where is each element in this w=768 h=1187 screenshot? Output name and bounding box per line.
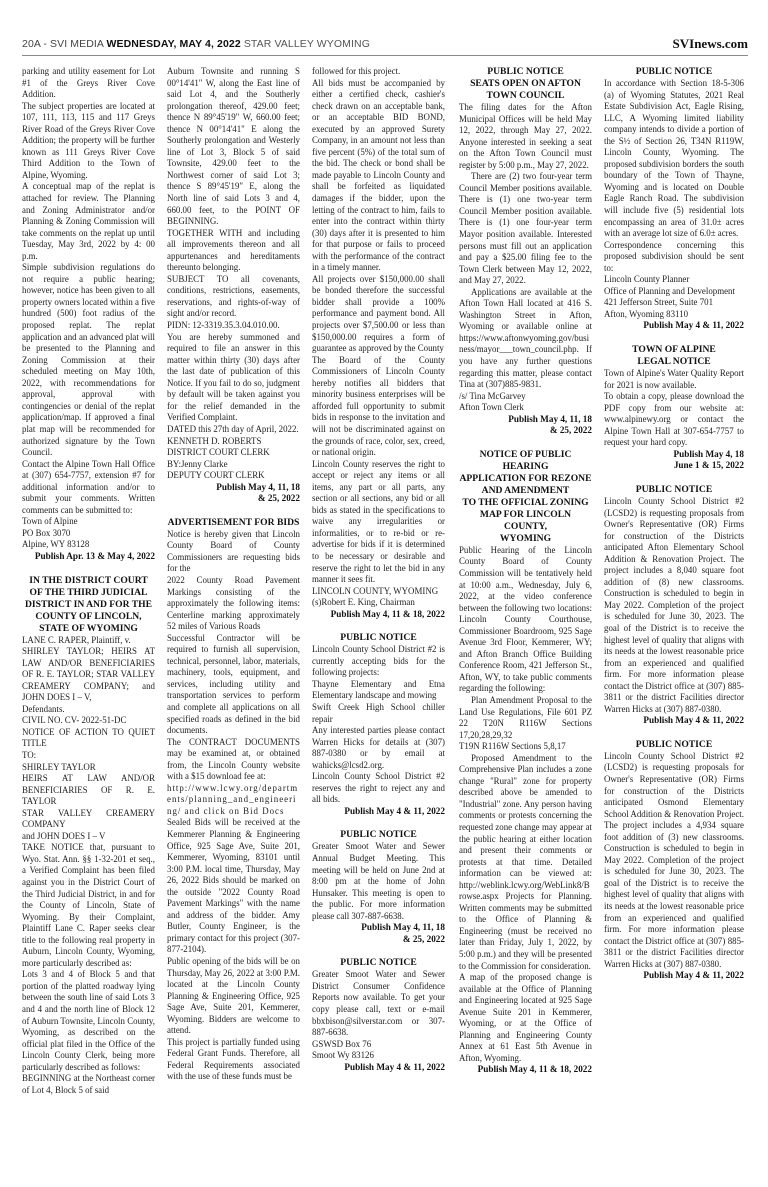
paragraph: To obtain a copy, please download the PD…	[604, 391, 744, 449]
address-line: PO Box 3070	[22, 528, 155, 540]
address-line: GSWSD Box 76	[312, 1039, 445, 1051]
replat-notice: parking and utility easement for Lot #1 …	[22, 66, 155, 563]
notice-title: PUBLIC NOTICE	[312, 632, 445, 644]
signature-line: DISTRICT COURT CLERK	[167, 447, 300, 459]
paragraph: Lincoln County reserves the right to acc…	[312, 459, 445, 586]
parcel-id: PIDN: 12-3319.35.3.04.010.00.	[167, 320, 300, 332]
paragraph: Town of Alpine's Water Quality Report fo…	[604, 368, 744, 391]
paragraph: Defendants.	[22, 704, 155, 716]
court-notice: IN THE DISTRICT COURT OF THE THIRD JUDIC…	[22, 575, 155, 1097]
paragraph: Thayne Elementary and Etna Elementary la…	[312, 679, 445, 702]
paragraph: You are hereby summoned and required to …	[167, 332, 300, 424]
publish-dates: June 1 & 15, 2022	[604, 460, 744, 472]
header-dateline: 20A - SVI MEDIA WEDNESDAY, MAY 4, 2022 S…	[22, 38, 370, 50]
notice-title: WYOMING	[459, 533, 592, 545]
paragraph: BEGINNING at the Northeast corner of Lot…	[22, 1073, 155, 1096]
paragraph: Notice is hereby given that Lincoln Coun…	[167, 529, 300, 575]
publish-dates: Publish May 4 & 11, 2022	[604, 320, 744, 332]
paragraph: and JOHN DOES I – V	[22, 831, 155, 843]
address-line: Afton, Wyoming 83110	[604, 309, 744, 321]
paragraph: Sealed Bids will be received at the Kemm…	[167, 817, 300, 956]
paragraph: TAKE NOTICE that, pursuant to Wyo. Stat.…	[22, 842, 155, 969]
notice-title: PUBLIC NOTICE	[459, 66, 592, 78]
paragraph: The Board of the County Commissioners of…	[312, 355, 445, 459]
publish-dates: Publish May 4 & 11, 2022	[604, 715, 744, 727]
address-line: Office of Planning and Development	[604, 286, 744, 298]
afton-elementary-notice: PUBLIC NOTICE Lincoln County School Dist…	[604, 484, 744, 727]
notice-title: PUBLIC NOTICE	[604, 739, 744, 751]
publish-dates: Publish May 4, 11, 18	[312, 922, 445, 934]
column-2: Auburn Townsite and running S 00°14'41" …	[167, 66, 300, 1083]
address-line: Lincoln County Planner	[604, 274, 744, 286]
paragraph: Auburn Townsite and running S 00°14'41" …	[167, 66, 300, 228]
paragraph: This project is partially funded using F…	[167, 1037, 300, 1083]
notice-title: PUBLIC NOTICE	[312, 829, 445, 841]
address-line: Town of Alpine	[22, 516, 155, 528]
paragraph: Lincoln County School District #2 (LCSD2…	[604, 751, 744, 970]
paragraph: SHIRLEY TAYLOR; HEIRS AT LAW AND/OR BENE…	[22, 646, 155, 704]
paragraph: Lincoln County School District #2 is cur…	[312, 644, 445, 679]
paragraph: Simple subdivision regulations do not re…	[22, 262, 155, 458]
paragraph: SUBJECT TO all covenants, conditions, re…	[167, 274, 300, 320]
bids-advertisement-continued: followed for this project. All bids must…	[312, 66, 445, 620]
paragraph: T19N R116W Sections 5,8,17	[459, 741, 592, 753]
notice-title: PUBLIC NOTICE	[604, 66, 744, 78]
notice-title: MAP FOR LINCOLN COUNTY,	[459, 509, 592, 533]
notice-title: LEGAL NOTICE	[604, 356, 744, 368]
bids-advertisement: ADVERTISEMENT FOR BIDS Notice is hereby …	[167, 517, 300, 1083]
signature-line: (s)Robert E. King, Chairman	[312, 597, 445, 609]
paragraph: 2022 County Road Pavement Markings consi…	[167, 575, 300, 633]
notice-title: PUBLIC NOTICE	[604, 484, 744, 496]
signature-line: LINCOLN COUNTY, WYOMING	[312, 586, 445, 598]
paragraph: Lincoln County School District #2 reserv…	[312, 771, 445, 806]
notice-title: HEARING	[459, 461, 592, 473]
publish-dates: Publish May 4, 11 & 18, 2022	[459, 1064, 592, 1076]
paragraph: LANE C. RAPER, Plaintiff, v.	[22, 635, 155, 647]
address-line: Alpine, WY 83128	[22, 539, 155, 551]
paragraph: NOTICE OF ACTION TO QUIET TITLE	[22, 727, 155, 750]
paragraph: Proposed Amendment to the Comprehensive …	[459, 753, 592, 972]
osmond-elementary-notice: PUBLIC NOTICE Lincoln County School Dist…	[604, 739, 744, 982]
case-number: CIVIL NO. CV- 2022-51-DC	[22, 715, 155, 727]
notice-title: TOWN OF ALPINE	[604, 344, 744, 356]
column-3: followed for this project. All bids must…	[312, 66, 445, 1073]
paragraph: The filing dates for the Afton Municipal…	[459, 102, 592, 171]
paragraph: DATED this 27th day of April, 2022.	[167, 424, 300, 436]
bid-docs-link[interactable]: http://www.lcwy.org/departments/planning…	[167, 783, 300, 818]
signature-line: BY:Jenny Clarke	[167, 459, 300, 471]
publish-dates: Publish May 4 & 11, 2022	[312, 1062, 445, 1074]
paragraph: Public Hearing of the Lincoln County Boa…	[459, 545, 592, 695]
paragraph: Successful Contractor will be required t…	[167, 633, 300, 737]
notice-title: PUBLIC NOTICE	[312, 957, 445, 969]
paragraph: HEIRS AT LAW AND/OR BENEFICIARIES OF R. …	[22, 773, 155, 808]
publish-dates: Publish May 4 & 11, 2022	[604, 970, 744, 982]
paragraph: A map of the proposed change is availabl…	[459, 972, 592, 1064]
paragraph: TO:	[22, 750, 155, 762]
paragraph: Contact the Alpine Town Hall Office at (…	[22, 459, 155, 517]
paragraph: Applications are available at the Afton …	[459, 287, 592, 391]
page-section: 20A - SVI MEDIA	[22, 38, 103, 50]
site-name: SVInews.com	[673, 36, 748, 52]
notice-title: TOWN COUNCIL	[459, 90, 592, 102]
notice-title: APPLICATION FOR REZONE	[459, 473, 592, 485]
paragraph: Lots 3 and 4 of Block 5 and that portion…	[22, 969, 155, 1073]
paragraph: A conceptual map of the replat is attach…	[22, 181, 155, 262]
notice-title: TO THE OFFICIAL ZONING	[459, 497, 592, 509]
paragraph: Greater Smoot Water and Sewer District C…	[312, 969, 445, 1038]
publish-dates: Publish May 4, 18	[604, 449, 744, 461]
issue-date: WEDNESDAY, MAY 4, 2022	[106, 38, 240, 50]
afton-council-notice: PUBLIC NOTICE SEATS OPEN ON AFTON TOWN C…	[459, 66, 592, 437]
column-5: PUBLIC NOTICE In accordance with Section…	[604, 66, 744, 982]
column-1: parking and utility easement for Lot #1 …	[22, 66, 155, 1096]
publish-dates: Publish May 4, 11, 18	[459, 414, 592, 426]
publish-dates: & 25, 2022	[312, 934, 445, 946]
paragraph: Any interested parties please contact Wa…	[312, 725, 445, 771]
paragraph: Lincoln County School District #2 (LCSD2…	[604, 496, 744, 715]
court-notice-continued: Auburn Townsite and running S 00°14'41" …	[167, 66, 300, 505]
paragraph: SHIRLEY TAYLOR	[22, 762, 155, 774]
paragraph: Swift Creek High School chiller repair	[312, 702, 445, 725]
legal-notices-columns: parking and utility easement for Lot #1 …	[22, 66, 750, 1176]
notice-title: ADVERTISEMENT FOR BIDS	[167, 517, 300, 529]
publish-dates: Publish Apr. 13 & May 4, 2022	[22, 551, 155, 563]
alpine-water-notice: TOWN OF ALPINE LEGAL NOTICE Town of Alpi…	[604, 344, 744, 472]
paragraph: There are (2) two four-year term Council…	[459, 171, 592, 286]
address-line: 421 Jefferson Street, Suite 701	[604, 297, 744, 309]
signature-line: Afton Town Clerk	[459, 402, 592, 414]
school-bids-notice: PUBLIC NOTICE Lincoln County School Dist…	[312, 632, 445, 817]
column-4: PUBLIC NOTICE SEATS OPEN ON AFTON TOWN C…	[459, 66, 592, 1076]
notice-title: NOTICE OF PUBLIC	[459, 449, 592, 461]
paragraph: STAR VALLEY CREAMERY COMPANY	[22, 808, 155, 831]
paragraph: Public opening of the bids will be on Th…	[167, 956, 300, 1037]
signature-line: KENNETH D. ROBERTS	[167, 436, 300, 448]
paragraph: followed for this project.	[312, 66, 445, 78]
paragraph: Greater Smoot Water and Sewer Annual Bud…	[312, 841, 445, 922]
smoot-budget-notice: PUBLIC NOTICE Greater Smoot Water and Se…	[312, 829, 445, 945]
paragraph: Correspondence concerning this proposed …	[604, 240, 744, 275]
paragraph: The CONTRACT DOCUMENTS may be examined a…	[167, 737, 300, 783]
address-line: Smoot Wy 83126	[312, 1050, 445, 1062]
page-header: 20A - SVI MEDIA WEDNESDAY, MAY 4, 2022 S…	[22, 33, 748, 56]
smoot-ccr-notice: PUBLIC NOTICE Greater Smoot Water and Se…	[312, 957, 445, 1073]
publish-dates: & 25, 2022	[167, 493, 300, 505]
publish-dates: & 25, 2022	[459, 425, 592, 437]
publish-dates: Publish May 4, 11 & 18, 2022	[312, 609, 445, 621]
notice-title: AND AMENDMENT	[459, 485, 592, 497]
eagle-rising-notice: PUBLIC NOTICE In accordance with Section…	[604, 66, 744, 332]
notice-title: SEATS OPEN ON AFTON	[459, 78, 592, 90]
paragraph: All bids must be accompanied by either a…	[312, 78, 445, 274]
paragraph: In accordance with Section 18-5-306 (a) …	[604, 78, 744, 240]
paragraph: Plan Amendment Proposal to the Land Use …	[459, 695, 592, 741]
paragraph: The subject properties are located at 10…	[22, 101, 155, 182]
rezone-hearing-notice: NOTICE OF PUBLIC HEARING APPLICATION FOR…	[459, 449, 592, 1076]
paragraph: TOGETHER WITH and including all improvem…	[167, 228, 300, 274]
paragraph: All projects over $150,000.00 shall be b…	[312, 274, 445, 355]
signature-line: /s/ Tina McGarvey	[459, 391, 592, 403]
paragraph: parking and utility easement for Lot #1 …	[22, 66, 155, 101]
publish-dates: Publish May 4, 11, 18	[167, 482, 300, 494]
notice-title: IN THE DISTRICT COURT OF THE THIRD JUDIC…	[22, 575, 155, 635]
issue-location: STAR VALLEY WYOMING	[244, 38, 370, 50]
publish-dates: Publish May 4 & 11, 2022	[312, 806, 445, 818]
signature-line: DEPUTY COURT CLERK	[167, 470, 300, 482]
